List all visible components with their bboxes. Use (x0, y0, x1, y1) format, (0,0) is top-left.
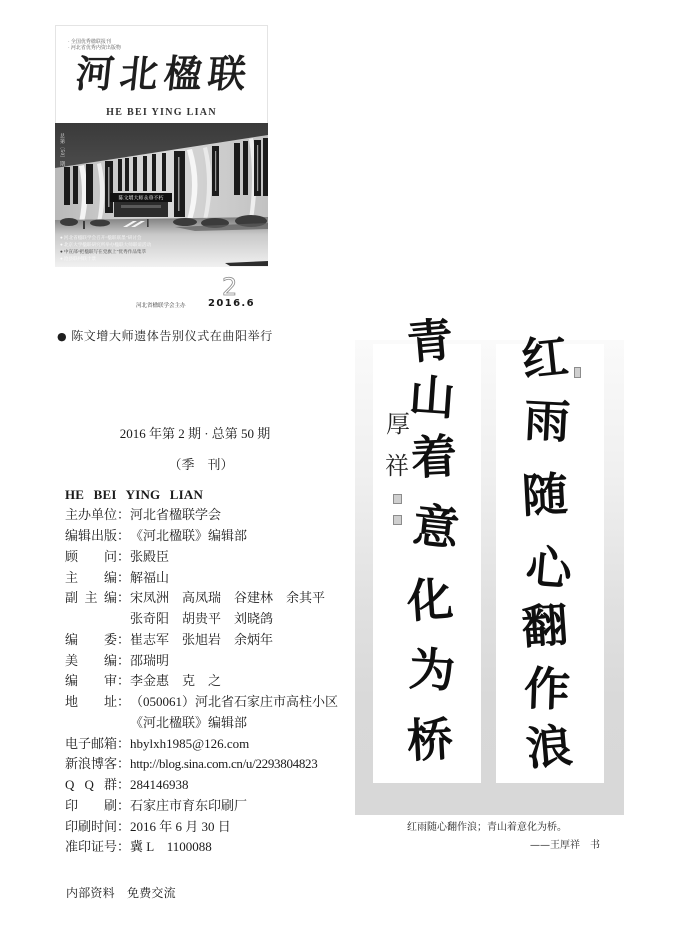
masthead: HE BEI YING LIAN 主办单位：河北省楹联学会 编辑出版：《河北楹联… (65, 485, 355, 859)
calligraphy-char: 化 (403, 573, 456, 626)
calligraphy-char: 意 (409, 500, 464, 555)
masthead-row-address: 地址：（050061）河北省石家庄市高柱小区 (65, 692, 355, 713)
person-name: 李金惠 (130, 671, 182, 692)
row-label: 顾问 (65, 547, 117, 568)
row-label: 编审 (65, 671, 117, 692)
masthead-row-printer: 印刷：石家庄市育东印刷厂 (65, 796, 355, 817)
seal-stamp (393, 515, 402, 525)
cover-title-logo: 河北楹联 (74, 54, 258, 94)
calligraphy-credit: ——王厚祥 书 (530, 839, 600, 853)
row-label: 准印证号 (65, 837, 117, 858)
colon: ： (117, 651, 130, 672)
masthead-row-address-cont: 《河北楹联》编辑部 (65, 713, 355, 734)
masthead-row-print-date: 印刷时间：2016 年 6 月 30 日 (65, 817, 355, 838)
person-name: 张旭岩 (182, 630, 234, 651)
colon: ： (117, 775, 130, 796)
row-value: 河北省楹联学会 (130, 507, 221, 522)
person-name: 宋凤洲 (130, 588, 182, 609)
masthead-row-committee: 编委：崔志军张旭岩余炳年 (65, 630, 355, 651)
cover-photo: 陈文增大师永垂不朽 (55, 123, 268, 267)
row-value: 《河北楹联》编辑部 (130, 528, 247, 543)
row-label: 新浪博客 (65, 754, 117, 775)
cover-publisher-line: 河北省楹联学会主办 (136, 301, 186, 309)
signature-char: 祥 (384, 452, 410, 480)
row-value: （050061）河北省石家庄市高柱小区 (130, 694, 338, 709)
colon: ： (117, 734, 130, 755)
calligraphy-char: 雨 (521, 395, 574, 448)
masthead-row-qq-group: Q Q 群 号：284146938 (65, 775, 355, 796)
seal-stamp (574, 367, 581, 378)
colon: ： (117, 796, 130, 817)
colon: ： (117, 692, 130, 713)
person-name: 余炳年 (234, 630, 286, 651)
colon: ： (117, 547, 130, 568)
person-name: 刘晓鸽 (234, 609, 286, 630)
row-label: 主办单位 (65, 505, 117, 526)
person-name: 张奇阳 (130, 609, 182, 630)
cover-caption: ●陈文增大师遗体告别仪式在曲阳举行 (57, 328, 273, 345)
cover-headline: ● 河北省楹联学会召开“楹联联墨”研讨会 (60, 234, 142, 241)
masthead-row-deputy-editors: 副主编：宋凤洲高凤瑞谷建林余其平 (65, 588, 355, 609)
cover-headline: ● 中宣部“把楹联写在党旗上”优秀作品集萃 (60, 248, 147, 255)
masthead-row-advisor: 顾问：张殿臣 (65, 547, 355, 568)
building-photo: 陈文增大师永垂不朽 (55, 123, 268, 267)
signature-char: 厚 (385, 410, 411, 438)
cover-side-text: 总第〔50〕期 (58, 133, 64, 167)
row-label: 电子邮箱 (65, 734, 117, 755)
calligraphy-char: 桥 (404, 714, 457, 767)
row-value: 张殿臣 (130, 549, 169, 564)
masthead-pinyin: HE BEI YING LIAN (65, 485, 355, 506)
masthead-row-chief-editor: 主编：解福山 (65, 568, 355, 589)
row-value: 石家庄市育东印刷厂 (130, 798, 247, 813)
colon: ： (117, 671, 130, 692)
row-value: 解福山 (130, 570, 169, 585)
colon: ： (117, 588, 130, 609)
publication-frequency: （季 刊） (65, 456, 337, 474)
colon: ： (117, 568, 130, 589)
row-value: 冀 L 1100088 (130, 839, 212, 854)
row-value: 邵瑞明 (130, 653, 169, 668)
seal-stamp (393, 494, 402, 504)
calligraphy-char: 心 (522, 541, 576, 595)
row-label: Q Q 群 号 (65, 775, 117, 796)
person-name: 高凤瑞 (182, 588, 234, 609)
masthead-row-deputy-editors-cont: 张奇阳胡贵平刘晓鸽 (65, 609, 355, 630)
row-value: 《河北楹联》编辑部 (130, 715, 247, 730)
colon: ： (117, 754, 130, 775)
row-label: 印刷 (65, 796, 117, 817)
calligraphy-char: 红 (518, 331, 573, 386)
cover-headline: ● 沧县联村联十景 (60, 255, 96, 262)
masthead-row-permit: 准印证号：冀 L 1100088 (65, 837, 355, 858)
cover-caption-text: 陈文增大师遗体告别仪式在曲阳举行 (71, 329, 273, 343)
person-name: 崔志军 (130, 630, 182, 651)
row-label: 美编 (65, 651, 117, 672)
row-label: 主编 (65, 568, 117, 589)
masthead-row-email: 电子邮箱：hbylxh1985@126.com (65, 734, 355, 755)
row-label: 印刷时间 (65, 817, 117, 838)
calligraphy-char: 翻 (518, 599, 571, 652)
colon: ： (117, 837, 130, 858)
calligraphy-caption: 红雨随心翻作浪；青山着意化为桥。 (407, 821, 567, 835)
calligraphy-char: 山 (405, 370, 458, 423)
cover-title-pinyin: HE BEI YING LIAN (56, 107, 267, 118)
cover-header: · 全国优秀楹联报刊 · 河北省优秀内资出版物 河北楹联 HE BEI YING… (55, 25, 268, 124)
calligraphy-char: 浪 (522, 720, 576, 774)
masthead-row-blog: 新浪博客：http://blog.sina.com.cn/u/229380482… (65, 754, 355, 775)
colon: ： (117, 630, 130, 651)
row-label: 地址 (65, 692, 117, 713)
masthead-row-editor-publisher: 编辑出版：《河北楹联》编辑部 (65, 526, 355, 547)
calligraphy-char: 作 (521, 663, 573, 715)
colon: ： (117, 526, 130, 547)
calligraphy-char: 随 (519, 469, 572, 522)
row-value: 2016 年 6 月 30 日 (130, 819, 231, 834)
blog-link[interactable]: http://blog.sina.com.cn/u/2293804823 (130, 756, 317, 771)
person-name: 余其平 (286, 588, 338, 609)
masthead-row-reviewers: 编审：李金惠克 之 (65, 671, 355, 692)
masthead-row-art-editor: 美编：邵瑞明 (65, 651, 355, 672)
calligraphy-char: 为 (406, 644, 459, 697)
person-name: 谷建林 (234, 588, 286, 609)
footer-note: 内部资料 免费交流 (66, 884, 176, 902)
cover-issue-number: 2 (222, 274, 237, 300)
bullet-icon: ● (57, 330, 67, 343)
calligraphy-char: 青 (403, 314, 457, 368)
row-label: 编辑出版 (65, 526, 117, 547)
row-label: 编委 (65, 630, 117, 651)
cover-issue-date: 2016.6 (208, 298, 255, 309)
cover-headline: ● 北京大学楹联研究所举办楹联大师联谊活动 (60, 241, 152, 248)
person-name: 胡贵平 (182, 609, 234, 630)
person-name: 克 之 (182, 671, 234, 692)
issue-line: 2016 年第 2 期 · 总第 50 期 (65, 425, 325, 443)
email-link[interactable]: hbylxh1985@126.com (130, 736, 249, 751)
row-value: 284146938 (130, 777, 189, 792)
calligraphy-char: 着 (408, 431, 461, 484)
colon: ： (117, 817, 130, 838)
magazine-page: · 全国优秀楹联报刊 · 河北省优秀内资出版物 河北楹联 HE BEI YING… (0, 0, 690, 936)
row-label: 副主编 (65, 588, 117, 609)
entrance-banner-text: 陈文增大师永垂不朽 (118, 195, 163, 202)
masthead-row-sponsor: 主办单位：河北省楹联学会 (65, 505, 355, 526)
colon: ： (117, 505, 130, 526)
